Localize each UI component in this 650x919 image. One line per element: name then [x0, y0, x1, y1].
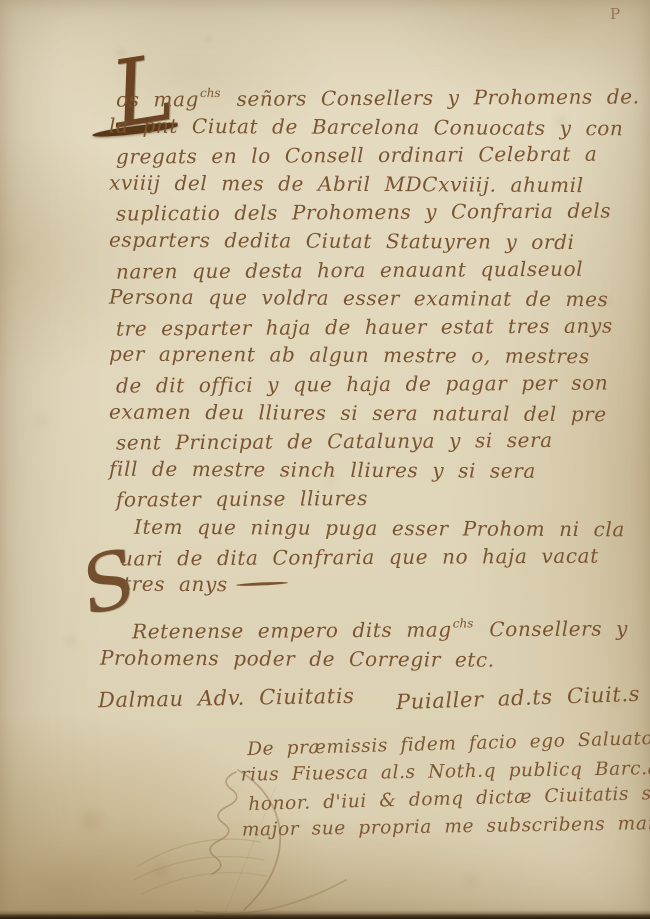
folio-mark: P [610, 5, 620, 23]
text-line: Persona que voldra esser examinat de mes [106, 283, 640, 314]
text-line: xviiij del mes de Abril MDCxviiij. ahumi… [106, 168, 640, 199]
text-line: fill de mestre sinch lliures y si sera [106, 454, 640, 485]
text-line: per aprenent ab algun mestre o, mestres [106, 340, 640, 371]
text-line: tres anys [120, 570, 625, 601]
manuscript-page: P L os magchs señors Consellers y Prohom… [0, 0, 650, 919]
paragraph-reservation: Retenense empero dits magchs Consellers … [100, 610, 628, 673]
signature-right: Puialler ad.ts Ciuit.s [395, 680, 640, 717]
text-line: esparters dedita Ciutat Statuyren y ordi [106, 226, 640, 257]
text-line: uari de dita Confraria que no haja vacat [120, 541, 625, 573]
line-text: tres anys [123, 572, 228, 597]
text-line: la pnt Ciutat de Barcelona Conuocats y c… [106, 111, 640, 142]
superscript-abbreviation: chs [453, 616, 474, 630]
signatures-row: Dalmau Adv. Ciuitatis Puialler ad.ts Ciu… [98, 684, 640, 713]
page-edge-shadow [0, 910, 650, 919]
line-text: señors Consellers y Prohomens de. [223, 84, 640, 111]
text-line: gregats en lo Consell ordinari Celebrat … [106, 140, 640, 172]
pen-flourish [236, 581, 288, 586]
text-line: tre esparter haja de hauer estat tres an… [106, 311, 640, 343]
paragraph-item-clause: S Item que ningu puga esser Prohom ni cl… [120, 514, 625, 600]
text-line: de dit offici y que haja de pagar per so… [106, 368, 640, 400]
age-stains [0, 0, 2, 2]
line-text: os mag [116, 87, 199, 112]
text-line: Item que ningu puga esser Prohom ni cla [120, 513, 625, 544]
text-line: naren que desta hora enauant qualseuol [106, 254, 640, 286]
text-line: os magchs señors Consellers y Prohomens … [106, 76, 640, 114]
text-line: Retenense empero dits magchs Consellers … [100, 608, 628, 646]
signature-left: Dalmau Adv. Ciuitatis [98, 682, 355, 715]
superscript-abbreviation: chs [200, 86, 221, 100]
text-line: Prohomens poder de Corregir etc. [100, 643, 628, 674]
text-line: examen deu lliures si sera natural del p… [106, 397, 640, 428]
line-text: Consellers y [475, 616, 628, 641]
paragraph-ordinance: L os magchs señors Consellers y Prohomen… [106, 78, 640, 513]
text-line: foraster quinse lliures [106, 483, 640, 515]
notarial-paraph [126, 768, 356, 918]
text-line: suplicatio dels Prohomens y Confraria de… [106, 197, 640, 229]
line-text: Retenense empero dits mag [132, 617, 452, 643]
text-line: sent Principat de Catalunya y si sera [106, 425, 640, 457]
